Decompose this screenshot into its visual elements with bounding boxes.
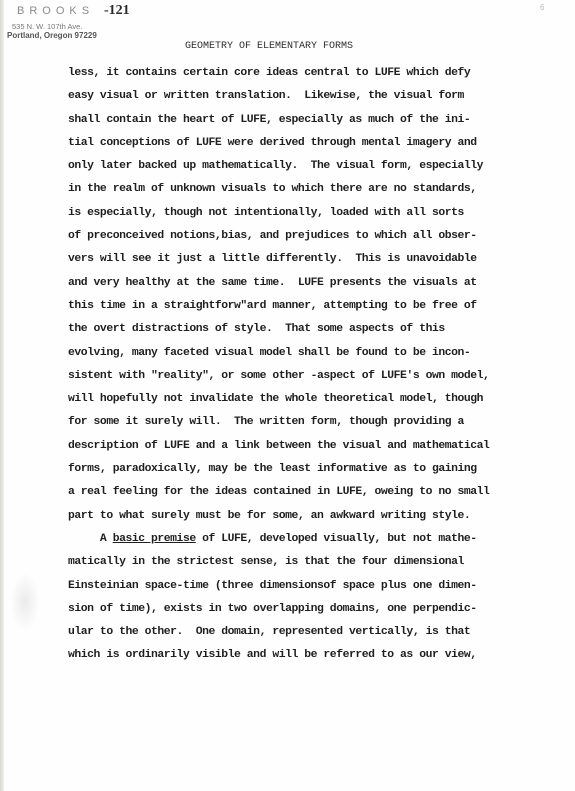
text-line: sion of time), exists in two overlapping…: [68, 598, 568, 621]
text-line: this time in a straightforw"ard manner, …: [68, 295, 568, 318]
text-line: will hopefully not invalidate the whole …: [68, 388, 568, 411]
text-line: shall contain the heart of LUFE, especia…: [68, 109, 568, 132]
document-page: BROOKS -121 535 N. W. 107th Ave. Portlan…: [0, 0, 575, 791]
corner-pencil-mark: 6: [540, 3, 550, 11]
text-line: description of LUFE and a link between t…: [68, 435, 568, 458]
text-line: for some it surely will. The written for…: [68, 411, 568, 434]
underlined-phrase: basic premise: [113, 533, 196, 545]
page-smudge: [10, 572, 40, 632]
document-title: GEOMETRY OF ELEMENTARY FORMS: [185, 41, 353, 52]
text-line: easy visual or written translation. Like…: [68, 85, 568, 108]
text-line: a real feeling for the ideas contained i…: [68, 481, 568, 504]
text-line: tial conceptions of LUFE were derived th…: [68, 132, 568, 155]
document-body: less, it contains certain core ideas cen…: [68, 62, 568, 668]
text-line: ular to the other. One domain, represent…: [68, 621, 568, 644]
text-line: and very healthy at the same time. LUFE …: [68, 272, 568, 295]
text-line: only later backed up mathematically. The…: [68, 155, 568, 178]
text-line: is especially, though not intentionally,…: [68, 202, 568, 225]
text-line: less, it contains certain core ideas cen…: [68, 62, 568, 85]
text-line: evolving, many faceted visual model shal…: [68, 342, 568, 365]
page-edge-shadow: [0, 0, 4, 791]
text-line: vers will see it just a little different…: [68, 248, 568, 271]
text-line: matically in the strictest sense, is tha…: [68, 551, 568, 574]
stamp-name: BROOKS: [17, 5, 94, 17]
text-line: forms, paradoxically, may be the least i…: [68, 458, 568, 481]
text-line: which is ordinarily visible and will be …: [68, 644, 568, 667]
paragraph-2: matically in the strictest sense, is tha…: [68, 551, 568, 667]
stamp-address-street: 535 N. W. 107th Ave.: [12, 22, 82, 31]
paragraph-2-first-line: A basic premise of LUFE, developed visua…: [68, 528, 568, 551]
text-line: part to what surely must be for some, an…: [68, 505, 568, 528]
text-line: the overt distractions of style. That so…: [68, 318, 568, 341]
text-line: in the realm of unknown visuals to which…: [68, 178, 568, 201]
text-line: sistent with "reality", or some other -a…: [68, 365, 568, 388]
text-line: Einsteinian space-time (three dimensions…: [68, 575, 568, 598]
paragraph-1: less, it contains certain core ideas cen…: [68, 62, 568, 528]
text-line: of preconceived notions,bias, and prejud…: [68, 225, 568, 248]
page-number-handwritten: -121: [104, 3, 130, 19]
stamp-address-city: Portland, Oregon 97229: [7, 31, 97, 40]
